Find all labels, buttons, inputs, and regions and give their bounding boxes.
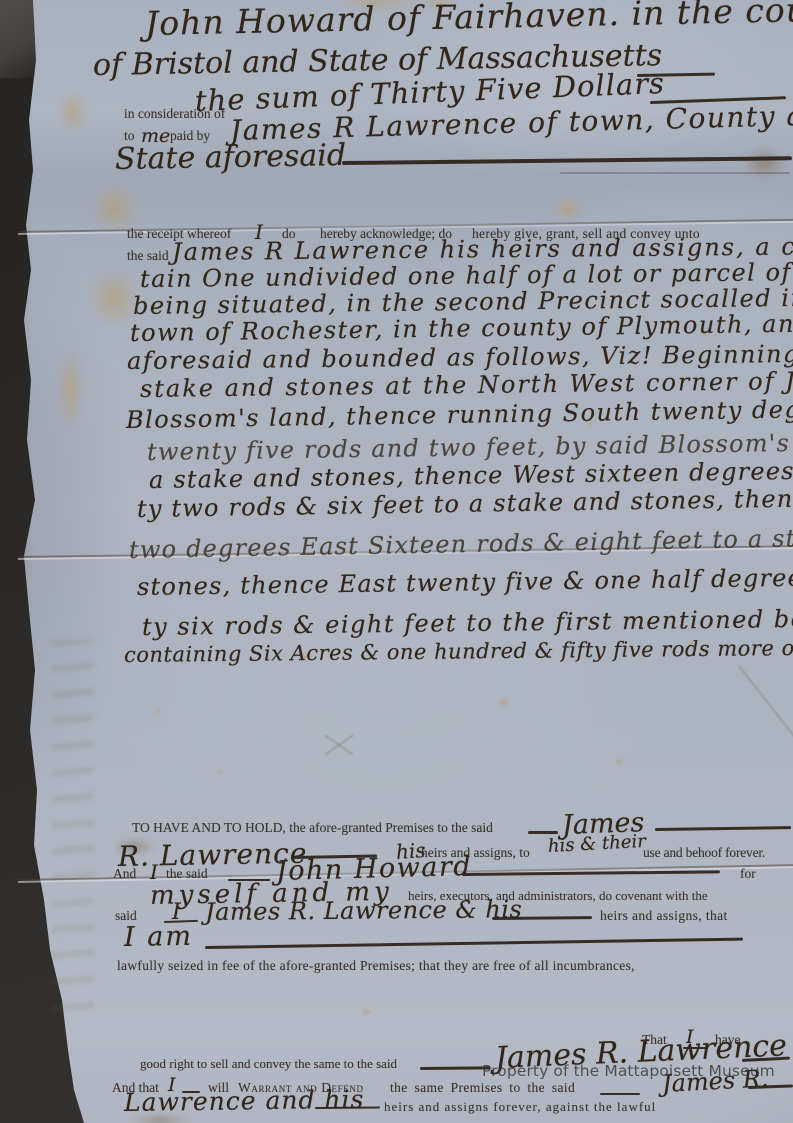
i-am-script: I am — [124, 921, 193, 953]
museum-watermark: Property of the Mattapoisett Museum — [482, 1062, 775, 1080]
habendum-heirs-that: heirs and assigns, that — [600, 908, 728, 924]
covenant-grantee-name: James R. Lawrence & his — [205, 895, 523, 926]
deed-photo: John Howard of Fairhaven. in the count o… — [0, 0, 793, 1123]
habendum-and: And — [113, 866, 136, 882]
ink-rule — [528, 831, 558, 834]
habendum-clause: TO HAVE AND TO HOLD, the afore-granted P… — [132, 820, 493, 836]
habendum-use-behoof: use and behoof forever. — [643, 845, 765, 861]
warranty-lawrence-his-script: Lawrence and his — [124, 1085, 365, 1117]
state-aforesaid: State aforesaid — [115, 138, 347, 177]
seisin-clause: lawfully seized in fee of the afore-gran… — [117, 958, 635, 974]
the-said-label: the said — [127, 248, 169, 264]
warranty-heirs-forever: heirs and assigns forever, against the l… — [384, 1099, 656, 1115]
blank-rule — [600, 1093, 640, 1095]
good-right-clause: good right to sell and convey the same t… — [140, 1056, 397, 1072]
warranty-same-premises: the same Premises to the said — [390, 1080, 575, 1096]
ink-rule-echo — [560, 172, 790, 174]
habendum-for: for — [740, 866, 756, 882]
